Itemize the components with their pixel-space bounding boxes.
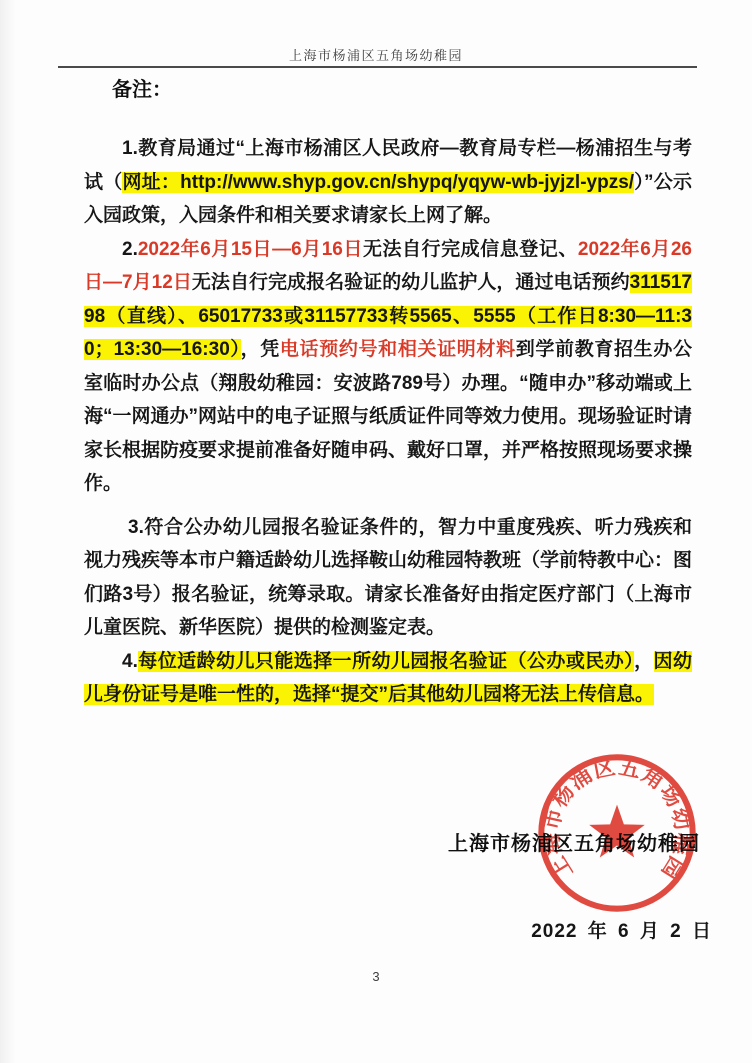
seal-star-icon bbox=[589, 805, 645, 858]
running-header-title: 上海市杨浦区五角场幼稚园 bbox=[289, 48, 463, 63]
official-seal-stamp: 上海市杨浦区五角场幼稚园 bbox=[531, 747, 703, 919]
running-header: 上海市杨浦区五角场幼稚园 bbox=[0, 45, 752, 64]
plain-text: 到学前教育招生办公室临时办公点（翔殷幼稚园：安波路789号）办理。“随申办”移动… bbox=[84, 339, 692, 494]
seal-character: 稚 bbox=[668, 831, 697, 858]
signature-date: 2022 年 6 月 2 日 bbox=[0, 916, 712, 943]
notes-label: 备注： bbox=[112, 73, 172, 102]
red-emphasis-text: 电话预约号和相关证明材料 bbox=[280, 339, 516, 360]
note-paragraph-2: 2.2022年6月15日—6月16日无法自行完成信息登记、2022年6月26日—… bbox=[84, 233, 692, 501]
seal-character: 上 bbox=[545, 852, 577, 883]
plain-text: 2. bbox=[122, 239, 138, 260]
plain-text: 无法自行完成报名验证的幼儿监护人，通过电话预约 bbox=[192, 272, 630, 293]
notes-body: 1.教育局通过“上海市杨浦区人民政府—教育局专栏—杨浦招生与考试（网址：http… bbox=[84, 132, 692, 712]
plain-text: ，凭 bbox=[241, 339, 280, 360]
plain-text: 3.符合公办幼儿园报名验证条件的，智力中重度残疾、听力残疾和视力残疾等本市户籍适… bbox=[84, 517, 692, 639]
seal-character: 区 bbox=[592, 755, 618, 783]
plain-text: 4. bbox=[122, 651, 138, 672]
plain-text: ， bbox=[634, 651, 653, 672]
plain-text: 无法自行完成信息登记、 bbox=[363, 239, 578, 260]
note-paragraph-3: 3.符合公办幼儿园报名验证条件的，智力中重度残疾、听力残疾和视力残疾等本市户籍适… bbox=[84, 511, 692, 645]
highlighted-text: 每位适龄幼儿只能选择一所幼儿园报名验证（公办或民办） bbox=[138, 651, 634, 672]
highlighted-text: 网址：http://www.shyp.gov.cn/shypq/yqyw-wb-… bbox=[122, 172, 634, 193]
note-paragraph-1: 1.教育局通过“上海市杨浦区人民政府—教育局专栏—杨浦招生与考试（网址：http… bbox=[84, 132, 692, 233]
page-number: 3 bbox=[372, 969, 379, 984]
red-emphasis-text: 2022年6月15日—6月16日 bbox=[138, 239, 363, 260]
header-rule bbox=[58, 66, 697, 68]
page-footer: 3 bbox=[0, 969, 752, 984]
document-page: 上海市杨浦区五角场幼稚园 备注： 1.教育局通过“上海市杨浦区人民政府—教育局专… bbox=[0, 0, 752, 1063]
note-paragraph-4: 4.每位适龄幼儿只能选择一所幼儿园报名验证（公办或民办），因幼儿身份证号是唯一性… bbox=[84, 645, 692, 712]
seal-character: 园 bbox=[657, 852, 689, 883]
